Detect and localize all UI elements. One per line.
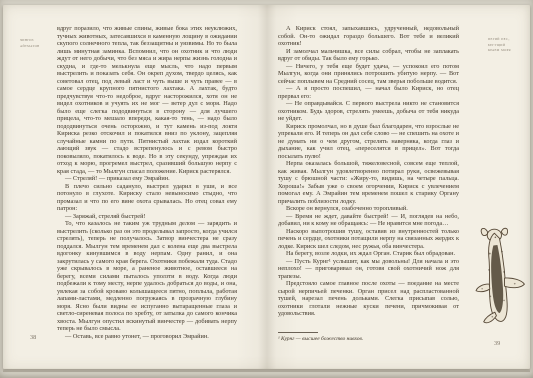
paragraph: Кириск промолчал, но в душе был благодар… bbox=[278, 123, 459, 161]
paragraph: И замолчал мальчишка, все силы собрал, ч… bbox=[278, 48, 459, 63]
seal-illustration bbox=[474, 225, 530, 327]
left-page-number: 38 bbox=[30, 334, 36, 341]
right-page-number: 39 bbox=[494, 340, 500, 347]
paragraph: На берегу, возле лодки, их ждал Орган. С… bbox=[278, 250, 459, 258]
paragraph: — Время не ждет, давайте быстрей! — И, п… bbox=[278, 213, 459, 228]
paragraph: — А я просто поспешил, — начал было Кири… bbox=[278, 85, 459, 100]
book-photo: чингизайтматов вдруг поразило, что живые… bbox=[0, 0, 533, 378]
caption-line: айтматов bbox=[20, 43, 62, 49]
footnote: ¹ Курнг — высшее божество нивхов. bbox=[278, 336, 459, 343]
paragraph: Вскоре он вернулся, озабоченно торопливы… bbox=[278, 205, 459, 213]
right-page-text: А Кириск стоял, запыхавшись, удрученный,… bbox=[278, 25, 459, 329]
paragraph: А Кириск стоял, запыхавшись, удрученный,… bbox=[278, 25, 459, 48]
page-edge-shadow bbox=[3, 368, 530, 372]
paragraph: Предстояло самое главное после охоты — п… bbox=[278, 280, 459, 318]
paragraph: Нерпа оказалась большой, тяжеловесной, с… bbox=[278, 160, 459, 205]
left-page-text: вдруг поразило, что живые спины, живые б… bbox=[57, 25, 237, 347]
caption-line: краем моря bbox=[488, 47, 532, 53]
paragraph: — Пусть Курнг¹ услышит, как мы довольны!… bbox=[278, 258, 459, 281]
paragraph: — Не оправдывайся. С первого выстрела ни… bbox=[278, 100, 459, 123]
paragraph: То, что казалось не таким уж трудным дел… bbox=[57, 220, 237, 333]
author-margin-caption: чингизайтматов bbox=[20, 37, 62, 48]
paragraph: В плечо сильно садануло, выстрел ударил … bbox=[57, 183, 237, 213]
paragraph: Наскоро выпотрошив тушу, оставив из внут… bbox=[278, 228, 459, 251]
paragraph: — Оставь, все равно утонет, — проговорил… bbox=[57, 333, 237, 341]
title-margin-caption: пегий пес,бегущийкраем моря bbox=[488, 36, 532, 53]
paragraph: вдруг поразило, что живые спины, живые б… bbox=[57, 25, 237, 175]
footnote-divider bbox=[278, 332, 318, 333]
paragraph: — Ничего, у тебя еще будет удача, — успо… bbox=[278, 63, 459, 86]
paragraph: — Заряжай, стреляй быстрей! bbox=[57, 213, 237, 221]
paragraph: — Стреляй! — приказал ему Эмрайин. bbox=[57, 175, 237, 183]
